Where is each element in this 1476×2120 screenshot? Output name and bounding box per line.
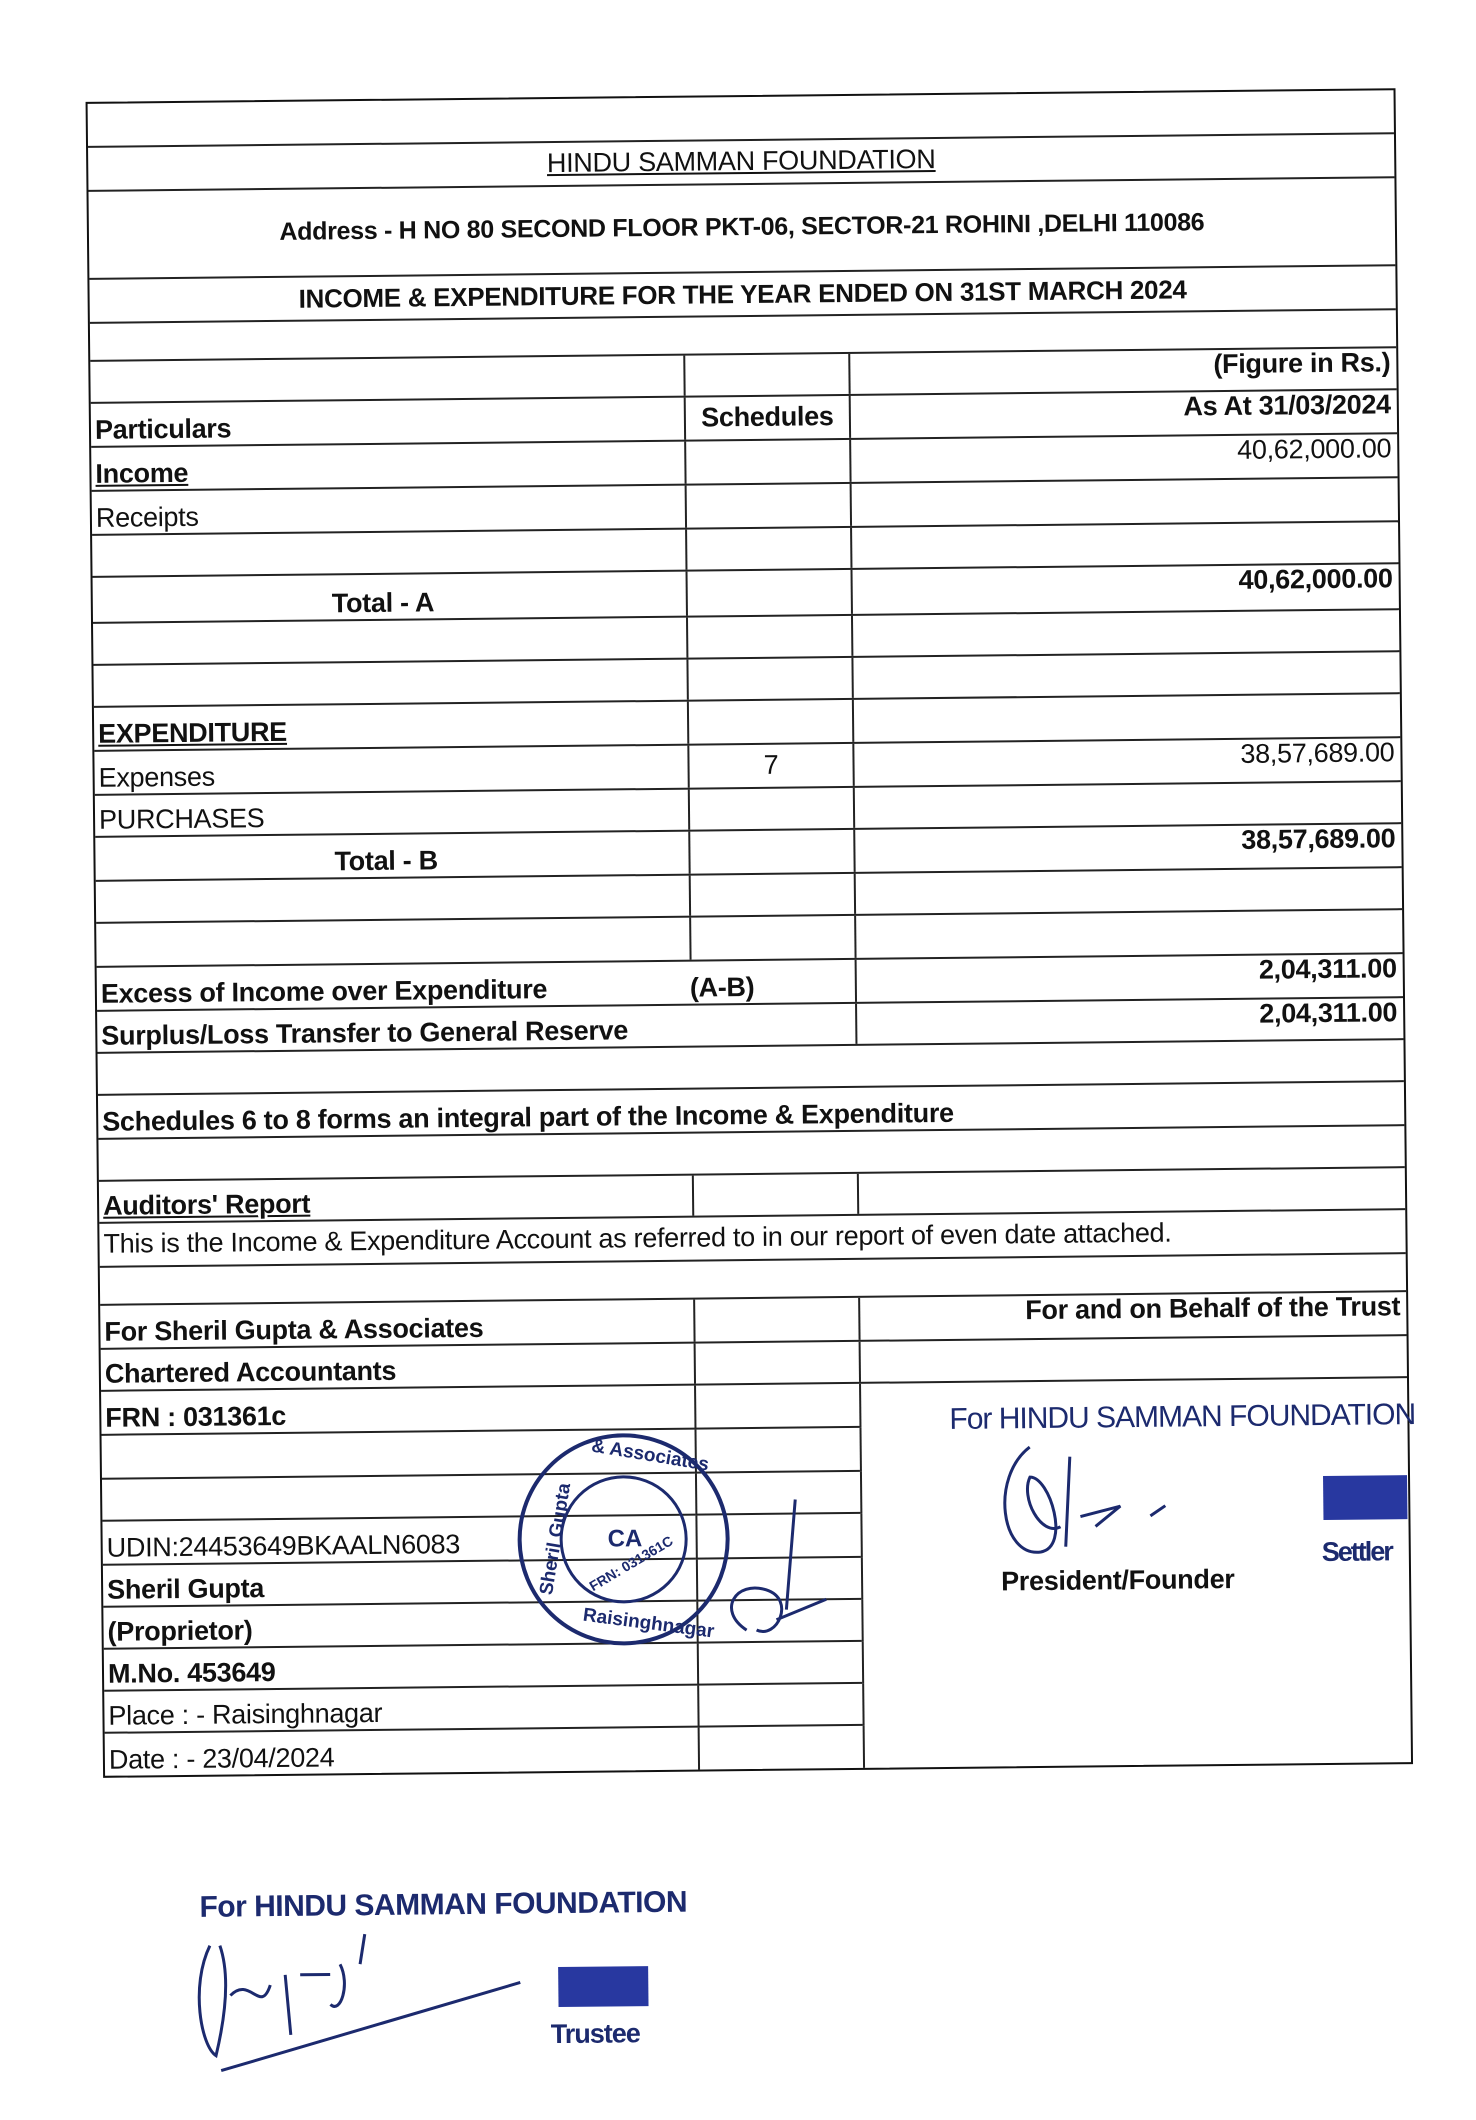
statement-title: INCOME & EXPENDITURE FOR THE YEAR ENDED … — [298, 275, 1186, 313]
auditor-signature — [705, 1489, 837, 1650]
footer-stamp-org: For HINDU SAMMAN FOUNDATION — [199, 1886, 687, 1925]
income-heading: Income — [95, 459, 188, 490]
auditor-membership: M.No. 453649 — [108, 1658, 276, 1689]
auditor-name: Sheril Gupta — [107, 1574, 264, 1605]
auditors-statement: This is the Income & Expenditure Account… — [103, 1219, 1171, 1260]
trustee-signature — [190, 1922, 532, 2076]
trustee-stamp-mark — [558, 1966, 648, 2007]
excess-formula: (A-B) — [690, 973, 755, 1003]
settler-label: Settler — [1322, 1537, 1392, 1567]
col-as-at: As At 31/03/2024 — [1183, 390, 1391, 422]
auditors-heading: Auditors' Report — [103, 1190, 310, 1222]
expenses-schedule: 7 — [764, 751, 779, 781]
trustee-label: Trustee — [551, 2019, 640, 2050]
auditor-place: Place : - Raisinghnagar — [108, 1699, 382, 1732]
col-particulars: Particulars — [95, 415, 232, 446]
excess-label: Excess of Income over Expenditure — [101, 975, 548, 1009]
total-a-amount: 40,62,000.00 — [1238, 564, 1392, 595]
total-a-label: Total - A — [97, 589, 435, 622]
auditor-date: Date : - 23/04/2024 — [109, 1744, 335, 1776]
seal-bottom-text: Raisinghnagar — [582, 1605, 716, 1644]
expenses-amount: 38,57,689.00 — [1240, 738, 1394, 769]
document-sheet: HINDU SAMMAN FOUNDATION Address - H NO 8… — [0, 0, 1476, 2120]
settler-stamp-mark — [1323, 1475, 1407, 1520]
trust-stamp-org: For HINDU SAMMAN FOUNDATION — [949, 1398, 1415, 1437]
auditor-firm: For Sheril Gupta & Associates — [104, 1314, 483, 1348]
address-row: Address - H NO 80 SECOND FLOOR PKT-06, S… — [89, 178, 1396, 280]
auditor-udin: UDIN:24453649BKAALN6083 — [107, 1530, 461, 1563]
figure-note: (Figure in Rs.) — [1213, 348, 1390, 380]
organization-name: HINDU SAMMAN FOUNDATION — [547, 145, 936, 179]
excess-amount: 2,04,311.00 — [1259, 954, 1397, 985]
address: Address - H NO 80 SECOND FLOOR PKT-06, S… — [279, 209, 1204, 246]
auditor-designation: Chartered Accountants — [105, 1357, 397, 1390]
surplus-amount: 2,04,311.00 — [1259, 998, 1397, 1029]
purchases-label: PURCHASES — [99, 804, 265, 835]
surplus-label: Surplus/Loss Transfer to General Reserve — [101, 1017, 628, 1052]
auditor-seal-stamp: & Associates Sheril Gupta CA FRN: 031361… — [517, 1432, 731, 1646]
col-schedules: Schedules — [701, 402, 834, 433]
receipts-label: Receipts — [96, 503, 199, 534]
president-signature — [990, 1435, 1221, 1567]
income-amount: 40,62,000.00 — [1237, 434, 1391, 465]
expenses-label: Expenses — [98, 763, 214, 794]
expenditure-heading: EXPENDITURE — [98, 718, 287, 750]
trust-behalf: For and on Behalf of the Trust — [1025, 1292, 1400, 1326]
total-b-amount: 38,57,689.00 — [1241, 824, 1395, 855]
total-b-label: Total - B — [99, 847, 438, 880]
president-founder-label: President/Founder — [1001, 1565, 1235, 1597]
auditor-role: (Proprietor) — [107, 1617, 252, 1648]
auditor-frn: FRN : 031361c — [105, 1402, 286, 1434]
